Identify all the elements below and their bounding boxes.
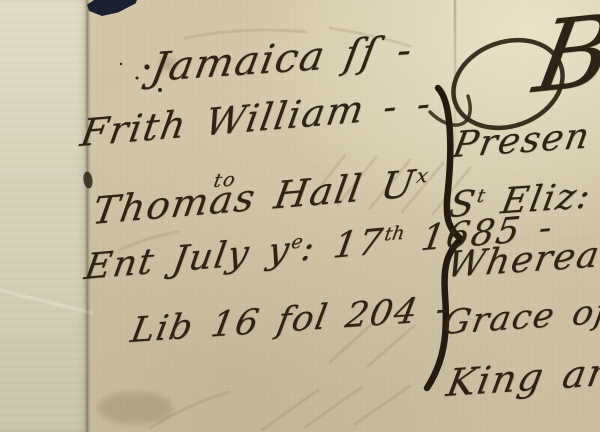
page-fold-strip xyxy=(0,0,88,432)
grantee-abbrev: U xyxy=(378,162,419,209)
adjacent-line-king-and: King an xyxy=(444,353,600,402)
eliz-text: Eliz: xyxy=(480,175,595,223)
fold-crease xyxy=(85,0,90,432)
adjacent-line-st-eliz: St Eliz: xyxy=(446,178,594,224)
adjacent-line-grace-of: Grace of xyxy=(440,295,600,340)
date-part: : 17 xyxy=(298,222,386,270)
adjacent-line-presents: Presen xyxy=(450,119,593,164)
manuscript-page: Jamaica ſſ - Frith William - - to Thomas… xyxy=(0,0,600,432)
